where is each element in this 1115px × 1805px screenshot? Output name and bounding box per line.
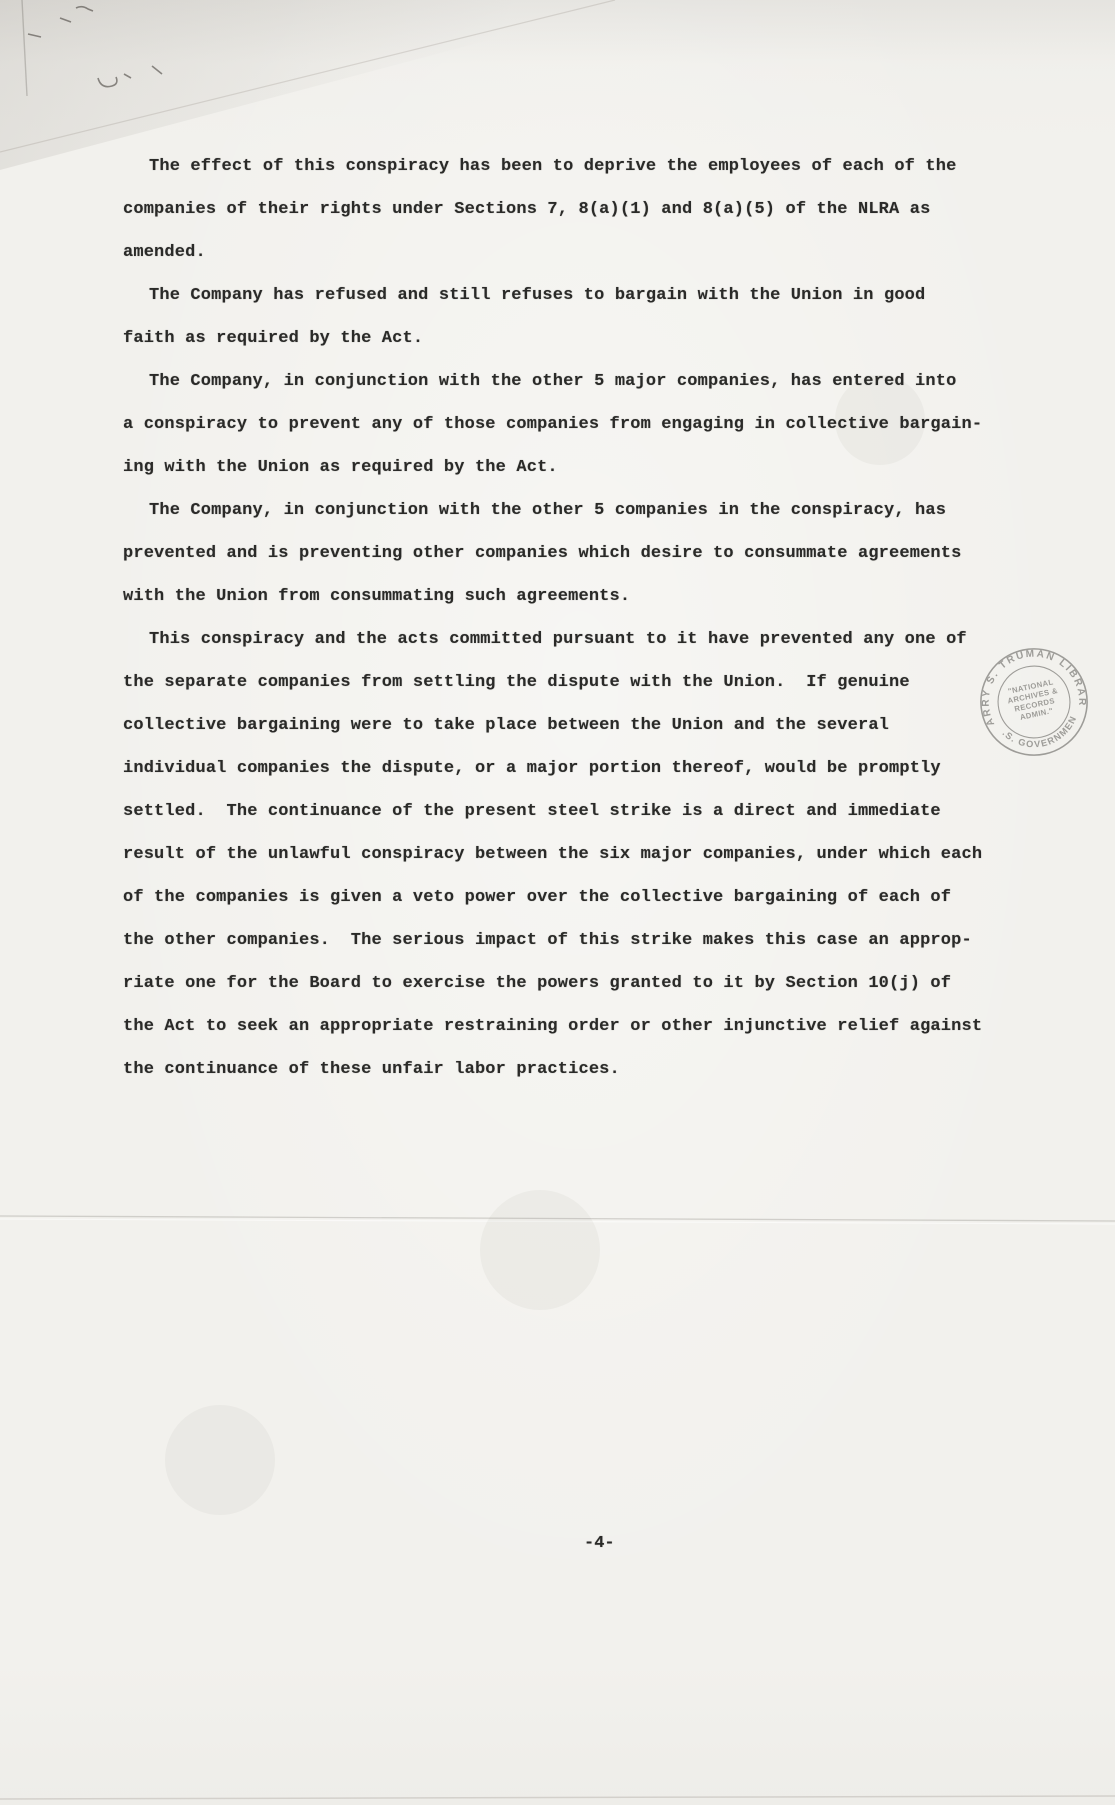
text-line: This conspiracy and the acts committed p… bbox=[123, 618, 1053, 661]
text-line: a conspiracy to prevent any of those com… bbox=[123, 403, 1053, 446]
text-line: companies of their rights under Sections… bbox=[123, 188, 1053, 231]
text-line: The Company, in conjunction with the oth… bbox=[123, 360, 1053, 403]
text-line: the continuance of these unfair labor pr… bbox=[123, 1048, 1053, 1091]
scanned-document-page: The effect of this conspiracy has been t… bbox=[0, 0, 1115, 1805]
paragraph: This conspiracy and the acts committed p… bbox=[123, 618, 1053, 1091]
scan-top-shadow bbox=[0, 0, 1115, 64]
pencil-marks bbox=[28, 7, 162, 87]
text-line: ing with the Union as required by the Ac… bbox=[123, 446, 1053, 489]
page-number: -4- bbox=[584, 1534, 615, 1553]
text-line: the Act to seek an appropriate restraini… bbox=[123, 1005, 1053, 1048]
text-line: The Company, in conjunction with the oth… bbox=[123, 489, 1053, 532]
paragraph: The effect of this conspiracy has been t… bbox=[123, 145, 1053, 274]
paragraph: The Company has refused and still refuse… bbox=[123, 274, 1053, 360]
text-line: of the companies is given a veto power o… bbox=[123, 876, 1053, 919]
text-line: The Company has refused and still refuse… bbox=[123, 274, 1053, 317]
text-line: result of the unlawful conspiracy betwee… bbox=[123, 833, 1053, 876]
paragraph: The Company, in conjunction with the oth… bbox=[123, 489, 1053, 618]
text-line: amended. bbox=[123, 231, 1053, 274]
text-line: settled. The continuance of the present … bbox=[123, 790, 1053, 833]
document-text: The effect of this conspiracy has been t… bbox=[123, 145, 1053, 1091]
text-line: collective bargaining were to take place… bbox=[123, 704, 1053, 747]
paragraph: The Company, in conjunction with the oth… bbox=[123, 360, 1053, 489]
text-line: riate one for the Board to exercise the … bbox=[123, 962, 1053, 1005]
text-line: prevented and is preventing other compan… bbox=[123, 532, 1053, 575]
text-line: with the Union from consummating such ag… bbox=[123, 575, 1053, 618]
text-line: the separate companies from settling the… bbox=[123, 661, 1053, 704]
text-line: The effect of this conspiracy has been t… bbox=[123, 145, 1053, 188]
text-line: faith as required by the Act. bbox=[123, 317, 1053, 360]
text-line: individual companies the dispute, or a m… bbox=[123, 747, 1053, 790]
text-line: the other companies. The serious impact … bbox=[123, 919, 1053, 962]
